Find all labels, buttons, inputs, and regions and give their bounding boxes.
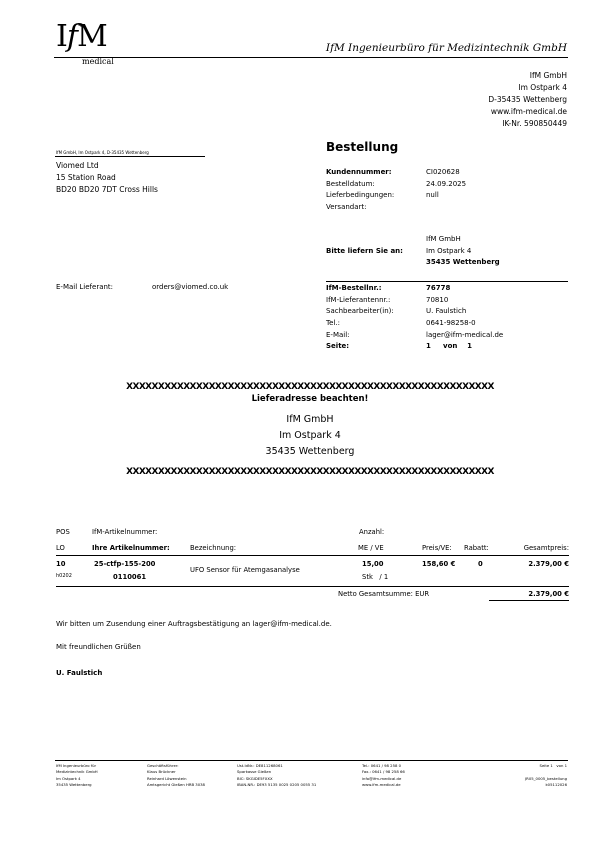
recipient-line: 15 Station Road [56, 172, 158, 184]
header-price: Preis/VE: [422, 544, 452, 552]
item-ifm-article: 25-ctfp-155-200 [94, 560, 155, 568]
supplier-email-link[interactable]: orders@viomed.co.uk [152, 283, 228, 291]
footer-company: IfM Ingenieurbüro für Medizintechnik Gmb… [56, 763, 98, 788]
footer-email-link[interactable]: info@ifm-medical.de [362, 776, 405, 782]
footer-bank: Ust.IdNr.: DE811268061 Sparkasse Gießen … [237, 763, 316, 788]
return-address-divider [55, 156, 205, 157]
return-address: IfM GmbH, Im Ostpark 4, D-35435 Wettenbe… [56, 150, 149, 155]
deliver-to-line: Im Ostpark 4 [426, 246, 471, 258]
footer-contact: Tel.: 0641 / 98 258 0 Fax.: 0641 / 98 25… [362, 763, 405, 788]
sender-line: IK-Nr. 590850449 [488, 118, 567, 130]
sender-website-link[interactable]: www.ifm-medical.de [488, 106, 567, 118]
footer-line: k05112026 [525, 782, 567, 788]
field-label: Kundennummer: [326, 167, 392, 179]
deliver-to-label: Bitte liefern Sie an: [326, 246, 403, 258]
item-description: UFO Sensor für Atemgasanalyse [190, 566, 300, 574]
recipient-address: Viomed Ltd 15 Station Road BD20 BD20 7DT… [56, 160, 158, 196]
page-count: 1 von 1 [426, 341, 472, 353]
item-qty: 15,00 [362, 560, 384, 568]
header-discount: Rabatt: [464, 544, 489, 552]
item-your-article: 0110061 [113, 573, 146, 581]
net-total-label: Netto Gesamtsumme: EUR [338, 590, 429, 598]
sender-line: D-35435 Wettenberg [488, 94, 567, 106]
item-unit: Stk / 1 [362, 573, 388, 581]
footer-management: Geschäftsführer: Klaus Brückner Reinhard… [147, 763, 205, 788]
order-info-divider [326, 281, 568, 282]
header-description: Bezeichnung: [190, 544, 236, 552]
order-info-label: IfM-Lieferantennr.: [326, 295, 390, 307]
footer-line: 35435 Wettenberg [56, 782, 98, 788]
recipient-line: BD20 BD20 7DT Cross Hills [56, 184, 158, 196]
item-discount: 0 [478, 560, 483, 568]
sender-line: IfM GmbH [488, 70, 567, 82]
delivery-notice: XXXXXXXXXXXXXXXXXXXXXXXXXXXXXXXXXXXXXXXX… [80, 381, 540, 478]
order-fields: Kundennummer: CI020628 Bestelldatum: 24.… [326, 167, 566, 214]
footer-line: IBAN-NR.: DE93 5135 0025 0205 0055 31 [237, 782, 316, 788]
header-unit: ME / VE [358, 544, 384, 552]
ifm-logo: IfM [56, 22, 107, 52]
order-info: IfM-Bestellnr.: 76778 IfM-Lieferantennr.… [326, 283, 566, 353]
net-total-value: 2.379,00 € [528, 590, 569, 598]
recipient-line: Viomed Ltd [56, 160, 158, 172]
sender-line: Im Ostpark 4 [488, 82, 567, 94]
table-row-divider [56, 586, 569, 587]
separator-line: XXXXXXXXXXXXXXXXXXXXXXXXXXXXXXXXXXXXXXXX… [80, 466, 540, 478]
delivery-address-line: 35435 Wettenberg [80, 444, 540, 460]
signature: U. Faulstich [56, 669, 102, 677]
logo-subtitle: medical [82, 57, 114, 66]
header-your-article: Ihre Artikelnummer: [92, 544, 170, 552]
item-lo: h0202 [56, 573, 72, 579]
order-info-label: IfM-Bestellnr.: [326, 283, 382, 295]
order-info-label: Seite: [326, 341, 349, 353]
header-qty: Anzahl: [359, 528, 384, 536]
header-company-name: IfM Ingenieurbüro für Medizintechnik Gmb… [326, 42, 567, 54]
order-info-label: Tel.: [326, 318, 340, 330]
order-info-label: E-Mail: [326, 330, 350, 342]
delivery-address-line: Im Ostpark 4 [80, 428, 540, 444]
delivery-notice-text: Lieferadresse beachten! [80, 393, 540, 406]
footer-line: Amtsgericht Gießen HRB 3038 [147, 782, 205, 788]
field-label: Versandart: [326, 202, 367, 214]
header-ifm-article: IfM-Artikelnummer: [92, 528, 157, 536]
deliver-to: IfM GmbH Bitte liefern Sie an: Im Ostpar… [326, 234, 566, 269]
net-total-underline [489, 600, 569, 601]
delivery-address-line: IfM GmbH [80, 412, 540, 428]
closing-text: Mit freundlichen Grüßen [56, 643, 141, 651]
header-divider [54, 57, 568, 58]
sender-address: IfM GmbH Im Ostpark 4 D-35435 Wettenberg… [488, 70, 567, 130]
item-total: 2.379,00 € [528, 560, 569, 568]
order-info-label: Sachbearbeiter(in): [326, 306, 394, 318]
delivery-address: IfM GmbH Im Ostpark 4 35435 Wettenberg [80, 412, 540, 460]
field-label: Lieferbedingungen: [326, 190, 394, 202]
order-info-value: 70810 [426, 295, 448, 307]
footer-line: Medizintechnik GmbH [56, 769, 98, 775]
header-total: Gesamtpreis: [524, 544, 569, 552]
footer-line: Fax.: 0641 / 98 258 66 [362, 769, 405, 775]
item-pos: 10 [56, 560, 65, 568]
field-value: 24.09.2025 [426, 179, 466, 191]
supplier-email-label: E-Mail Lieferant: [56, 283, 113, 291]
confirmation-request: Wir bitten um Zusendung einer Auftragsbe… [56, 620, 332, 628]
header-lo: LO [56, 544, 65, 552]
footer-page-info: Seite 1 von 1 JR05_0005_bestellung k0511… [525, 763, 567, 788]
order-info-value: U. Faulstich [426, 306, 466, 318]
deliver-to-line: IfM GmbH [426, 234, 461, 246]
field-label: Bestelldatum: [326, 179, 375, 191]
order-info-value: 76778 [426, 283, 450, 295]
contact-email-link[interactable]: lager@ifm-medical.de [426, 330, 503, 342]
footer-website-link[interactable]: www.ifm-medical.de [362, 782, 405, 788]
table-header-divider [56, 555, 569, 556]
deliver-to-line: 35435 Wettenberg [426, 257, 500, 269]
field-value: null [426, 190, 439, 202]
header-pos: POS [56, 528, 70, 536]
footer-divider [55, 760, 568, 761]
document-title: Bestellung [326, 140, 398, 154]
footer-line: JR05_0005_bestellung [525, 776, 567, 782]
item-price: 158,60 € [422, 560, 455, 568]
field-value: CI020628 [426, 167, 460, 179]
separator-line: XXXXXXXXXXXXXXXXXXXXXXXXXXXXXXXXXXXXXXXX… [80, 381, 540, 393]
order-info-value: 0641-98258-0 [426, 318, 476, 330]
